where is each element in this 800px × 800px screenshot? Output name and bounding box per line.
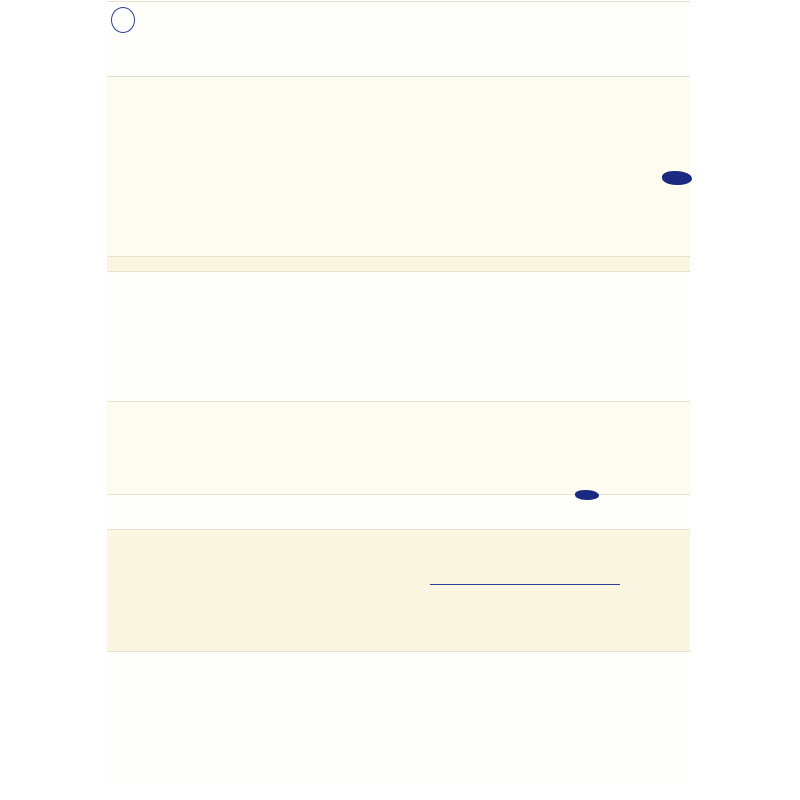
page-number [111, 7, 135, 33]
paper-strip [107, 401, 690, 495]
ink-blot [575, 490, 599, 500]
paper-strip [107, 271, 690, 402]
underline-mark [430, 584, 620, 585]
paper-strip [107, 256, 690, 272]
ink-blot [662, 171, 692, 185]
paper-strip [107, 651, 690, 787]
manuscript-page [107, 1, 690, 786]
paper-strip [107, 76, 690, 257]
paper-strip [107, 494, 690, 530]
paper-strip [107, 529, 690, 652]
paper-strip [107, 1, 690, 77]
